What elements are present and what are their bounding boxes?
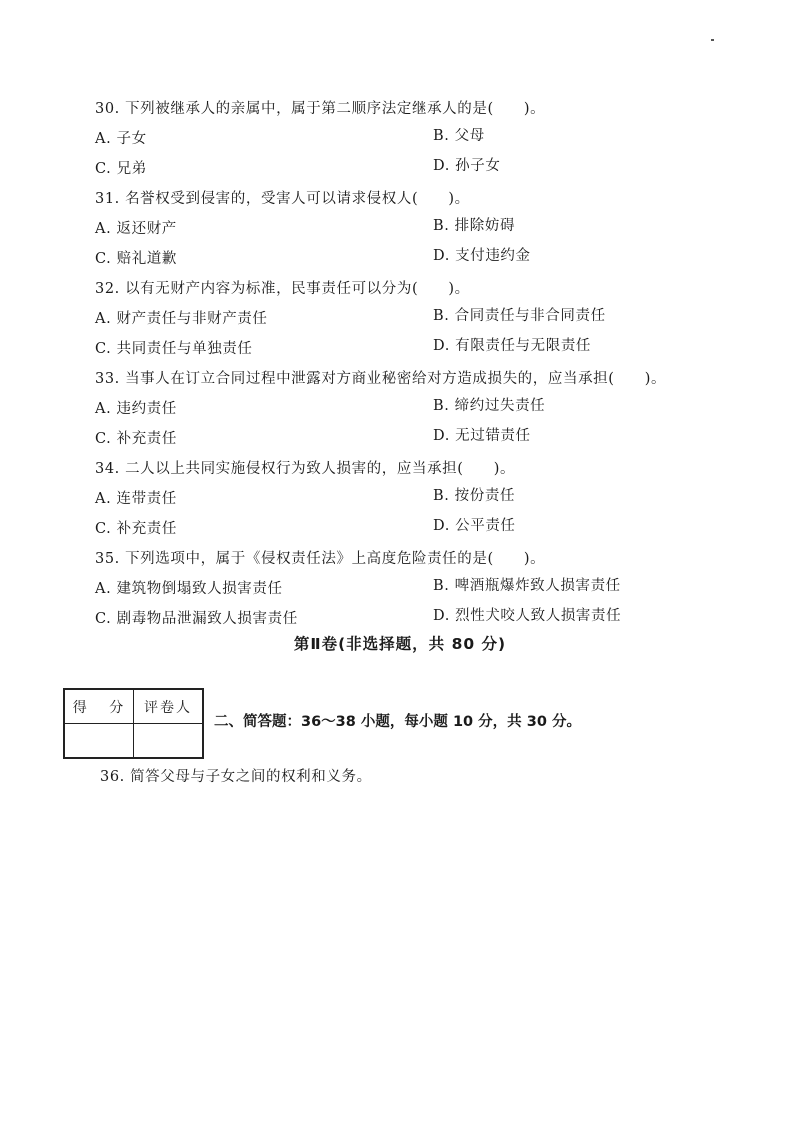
option-a: A. 子女 <box>95 124 147 154</box>
question-33: 33. 当事人在订立合同过程中泄露对方商业秘密给对方造成损失的，应当承担( )。… <box>95 364 715 454</box>
option-b: B. 缔约过失责任 <box>433 391 545 421</box>
option-row: A. 连带责任 B. 按份责任 <box>95 484 715 514</box>
option-d: D. 烈性犬咬人致人损害责任 <box>433 601 621 631</box>
option-d: D. 支付违约金 <box>433 241 531 271</box>
option-a: A. 违约责任 <box>95 394 177 424</box>
question-stem: 33. 当事人在订立合同过程中泄露对方商业秘密给对方造成损失的，应当承担( )。 <box>95 364 715 394</box>
option-b: B. 合同责任与非合同责任 <box>433 301 606 331</box>
option-b: B. 父母 <box>433 121 485 151</box>
question-stem: 31. 名誉权受到侵害的，受害人可以请求侵权人( )。 <box>95 184 715 214</box>
option-c: C. 赔礼道歉 <box>95 244 177 274</box>
part-two-heading: 二、简答题：36～38 小题，每小题 10 分，共 30 分。 <box>214 710 581 731</box>
option-a: A. 财产责任与非财产责任 <box>95 304 268 334</box>
option-row: C. 补充责任 D. 公平责任 <box>95 514 715 544</box>
score-header: 得 分 <box>64 689 134 724</box>
score-table: 得 分 评卷人 <box>63 688 204 759</box>
grader-cell[interactable] <box>134 724 204 759</box>
scan-speck <box>711 39 714 41</box>
option-d: D. 公平责任 <box>433 511 516 541</box>
question-30: 30. 下列被继承人的亲属中，属于第二顺序法定继承人的是( )。 A. 子女 B… <box>95 94 715 184</box>
option-c: C. 共同责任与单独责任 <box>95 334 253 364</box>
option-c: C. 兄弟 <box>95 154 147 184</box>
option-row: C. 补充责任 D. 无过错责任 <box>95 424 715 454</box>
option-row: A. 财产责任与非财产责任 B. 合同责任与非合同责任 <box>95 304 715 334</box>
score-cell[interactable] <box>64 724 134 759</box>
grader-header: 评卷人 <box>134 689 204 724</box>
exam-page: 30. 下列被继承人的亲属中，属于第二顺序法定继承人的是( )。 A. 子女 B… <box>0 0 800 1145</box>
option-b: B. 啤酒瓶爆炸致人损害责任 <box>433 571 621 601</box>
option-row: C. 剧毒物品泄漏致人损害责任 D. 烈性犬咬人致人损害责任 <box>95 604 715 634</box>
question-stem: 30. 下列被继承人的亲属中，属于第二顺序法定继承人的是( )。 <box>95 94 715 124</box>
question-stem: 32. 以有无财产内容为标准，民事责任可以分为( )。 <box>95 274 715 304</box>
question-36: 36. 简答父母与子女之间的权利和义务。 <box>100 765 372 786</box>
question-stem: 34. 二人以上共同实施侵权行为致人损害的，应当承担( )。 <box>95 454 715 484</box>
option-row: A. 违约责任 B. 缔约过失责任 <box>95 394 715 424</box>
option-row: A. 建筑物倒塌致人损害责任 B. 啤酒瓶爆炸致人损害责任 <box>95 574 715 604</box>
question-32: 32. 以有无财产内容为标准，民事责任可以分为( )。 A. 财产责任与非财产责… <box>95 274 715 364</box>
option-b: B. 按份责任 <box>433 481 515 511</box>
question-31: 31. 名誉权受到侵害的，受害人可以请求侵权人( )。 A. 返还财产 B. 排… <box>95 184 715 274</box>
option-c: C. 补充责任 <box>95 514 177 544</box>
option-a: A. 返还财产 <box>95 214 177 244</box>
option-d: D. 有限责任与无限责任 <box>433 331 591 361</box>
question-stem: 35. 下列选项中，属于《侵权责任法》上高度危险责任的是( )。 <box>95 544 715 574</box>
option-row: A. 子女 B. 父母 <box>95 124 715 154</box>
option-d: D. 孙子女 <box>433 151 500 181</box>
option-row: C. 共同责任与单独责任 D. 有限责任与无限责任 <box>95 334 715 364</box>
option-c: C. 补充责任 <box>95 424 177 454</box>
option-c: C. 剧毒物品泄漏致人损害责任 <box>95 604 298 634</box>
option-d: D. 无过错责任 <box>433 421 531 451</box>
option-a: A. 连带责任 <box>95 484 177 514</box>
option-row: A. 返还财产 B. 排除妨碍 <box>95 214 715 244</box>
option-a: A. 建筑物倒塌致人损害责任 <box>95 574 283 604</box>
option-row: C. 兄弟 D. 孙子女 <box>95 154 715 184</box>
section-title: 第Ⅱ卷(非选择题，共 80 分) <box>0 632 800 654</box>
question-34: 34. 二人以上共同实施侵权行为致人损害的，应当承担( )。 A. 连带责任 B… <box>95 454 715 544</box>
option-row: C. 赔礼道歉 D. 支付违约金 <box>95 244 715 274</box>
option-b: B. 排除妨碍 <box>433 211 515 241</box>
question-35: 35. 下列选项中，属于《侵权责任法》上高度危险责任的是( )。 A. 建筑物倒… <box>95 544 715 634</box>
